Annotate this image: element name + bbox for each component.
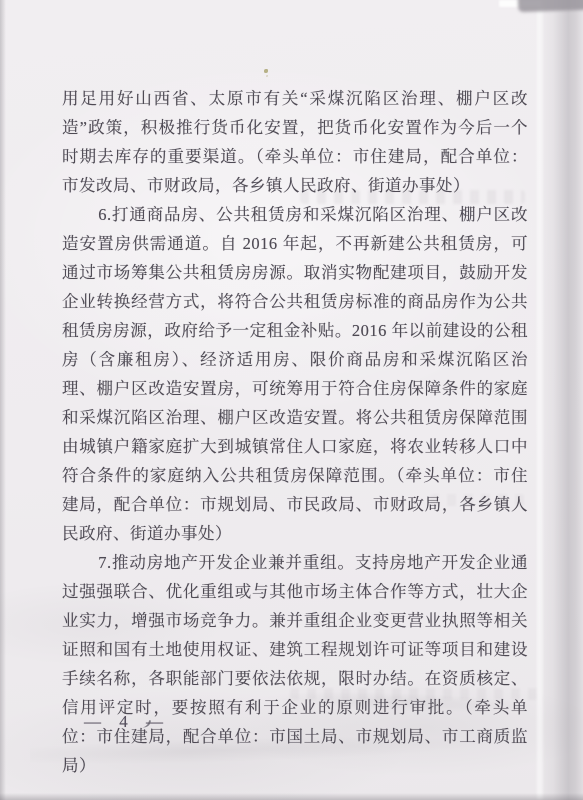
document-body: 用足用好山西省、太原市有关“采煤沉陷区治理、棚户区改造”政策，积极推行货币化安置… — [62, 84, 528, 780]
scan-edge-left — [0, 0, 6, 800]
ink-bleed-through — [430, 494, 525, 506]
scanned-paper-page: 用足用好山西省、太原市有关“采煤沉陷区治理、棚户区改造”政策，积极推行货币化安置… — [0, 0, 583, 800]
page-number: — 4 — — [84, 712, 170, 732]
paragraph-continuation: 用足用好山西省、太原市有关“采煤沉陷区治理、棚户区改造”政策，积极推行货币化安置… — [62, 84, 528, 200]
scan-shadow-right — [537, 0, 583, 800]
paper-speck — [264, 69, 268, 73]
ink-bleed-through — [300, 190, 525, 204]
scan-edge-bottom — [0, 793, 583, 800]
